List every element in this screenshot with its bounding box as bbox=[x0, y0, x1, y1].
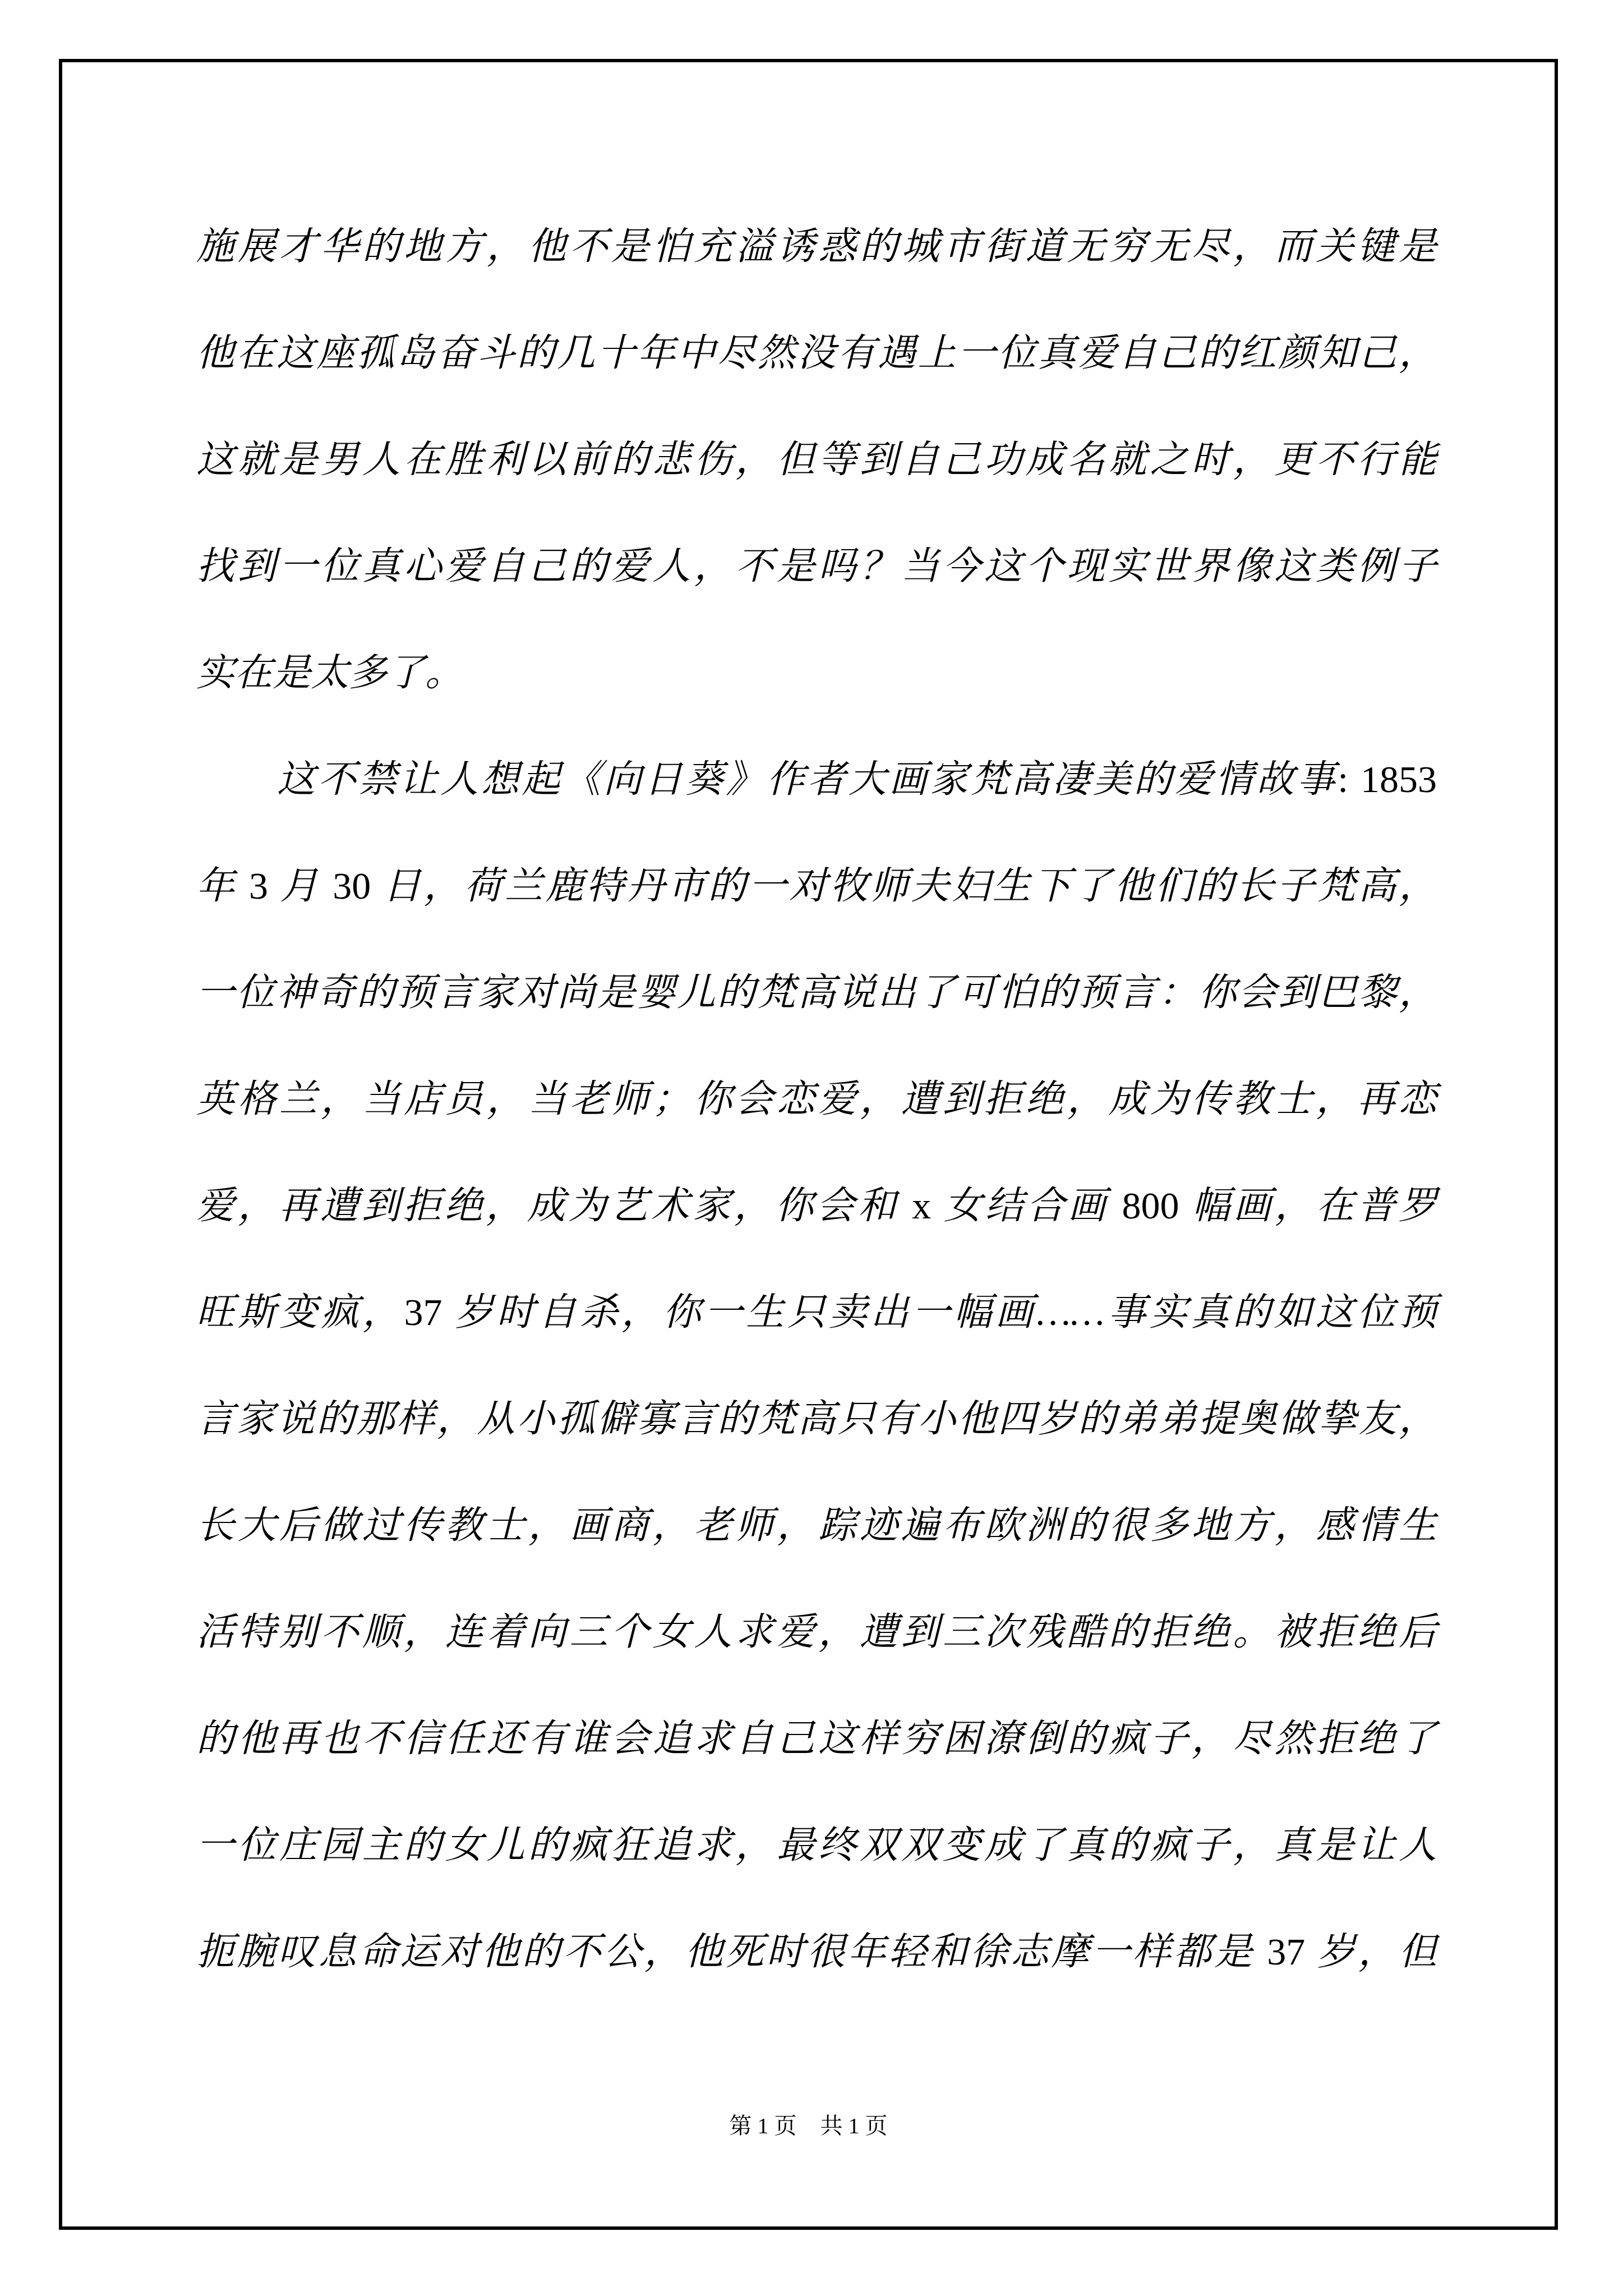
footer-page-total: 共 1 页 bbox=[820, 2113, 888, 2138]
text-line-paragraph-start: 这不禁让人想起《向日葵》作者大画家梵高凄美的爱情故事: 1853 bbox=[196, 726, 1437, 832]
text-line: 施展才华的地方，他不是怕充溢诱惑的城市街道无穷无尽，而关键是 bbox=[196, 193, 1437, 300]
document-body: 施展才华的地方，他不是怕充溢诱惑的城市街道无穷无尽，而关键是 他在这座孤岛奋斗的… bbox=[196, 193, 1437, 2005]
text-line: 爱，再遭到拒绝，成为艺术家，你会和 x 女结合画 800 幅画，在普罗 bbox=[196, 1152, 1437, 1259]
footer-page-number: 第 1 页 bbox=[730, 2113, 797, 2138]
text-line: 找到一位真心爱自己的爱人，不是吗？当今这个现实世界像这类例子 bbox=[196, 513, 1437, 619]
text-line: 长大后做过传教士，画商，老师，踪迹遍布欧洲的很多地方，感情生 bbox=[196, 1472, 1437, 1579]
text-line: 一位庄园主的女儿的疯狂追求，最终双双变成了真的疯子，真是让人 bbox=[196, 1792, 1437, 1898]
text-line: 一位神奇的预言家对尚是婴儿的梵高说出了可怕的预言：你会到巴黎， bbox=[196, 939, 1437, 1046]
text-line: 英格兰，当店员，当老师；你会恋爱，遭到拒绝，成为传教士，再恋 bbox=[196, 1046, 1437, 1152]
page-footer: 第 1 页共 1 页 bbox=[59, 2111, 1558, 2141]
text-line: 旺斯变疯，37 岁时自杀，你一生只卖出一幅画……事实真的如这位预 bbox=[196, 1259, 1437, 1365]
text-line: 的他再也不信任还有谁会追求自己这样穷困潦倒的疯子，尽然拒绝了 bbox=[196, 1685, 1437, 1792]
text-line: 扼腕叹息命运对他的不公，他死时很年轻和徐志摩一样都是 37 岁，但 bbox=[196, 1898, 1437, 2005]
text-line: 活特别不顺，连着向三个女人求爱，遭到三次残酷的拒绝。被拒绝后 bbox=[196, 1579, 1437, 1685]
text-line-paragraph-end: 实在是太多了。 bbox=[196, 619, 1437, 726]
text-line: 这就是男人在胜利以前的悲伤，但等到自己功成名就之时，更不行能 bbox=[196, 406, 1437, 513]
text-line: 年 3 月 30 日，荷兰鹿特丹市的一对牧师夫妇生下了他们的长子梵高， bbox=[196, 832, 1437, 939]
text-line: 言家说的那样，从小孤僻寡言的梵高只有小他四岁的弟弟提奥做挚友， bbox=[196, 1365, 1437, 1472]
text-line: 他在这座孤岛奋斗的几十年中尽然没有遇上一位真爱自己的红颜知己， bbox=[196, 300, 1437, 406]
